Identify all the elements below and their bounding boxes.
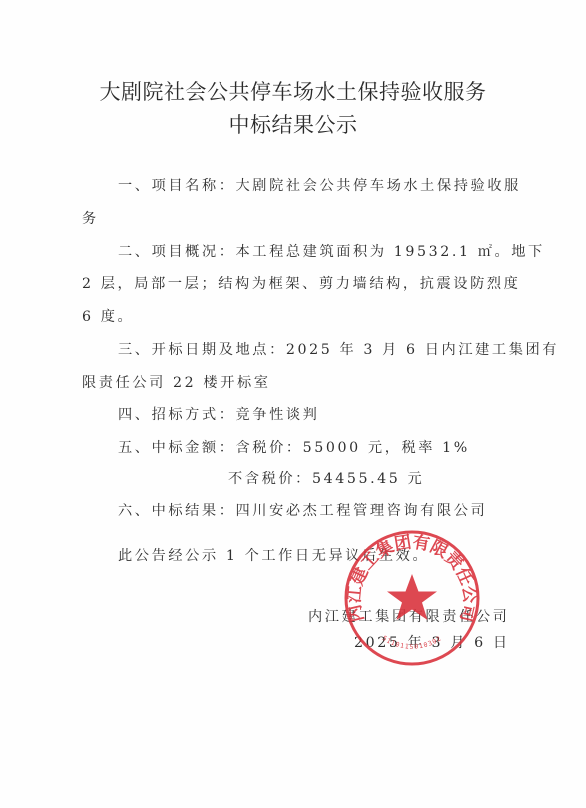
item-project-overview-cont1: 2 层，局部一层；结构为框架、剪力墙结构，抗震设防烈度	[82, 273, 520, 293]
item-bid-opening: 三、开标日期及地点：2025 年 3 月 6 日内江建工集团有	[118, 339, 559, 359]
item-project-name-cont: 务	[82, 208, 99, 228]
item-project-overview: 二、项目概况：本工程总建筑面积为 19532.1 ㎡。地下	[118, 241, 545, 261]
item-bid-amount-pretax: 不含税价：54455.45 元	[228, 468, 424, 488]
notice-text: 此公告经公示 1 个工作日无异议后生效。	[118, 545, 429, 565]
item-project-overview-cont2: 6 度。	[82, 306, 134, 326]
item-project-name: 一、项目名称：大剧院社会公共停车场水土保持验收服	[118, 175, 521, 195]
signature-company: 内江建工集团有限责任公司	[308, 606, 509, 626]
document-title-line1: 大剧院社会公共停车场水土保持验收服务	[0, 76, 586, 106]
item-bid-opening-cont: 限责任公司 22 楼开标室	[82, 372, 271, 392]
signature-date: 2025 年 3 月 6 日	[354, 632, 510, 652]
document-title-line2: 中标结果公示	[0, 109, 586, 139]
item-bid-result: 六、中标结果：四川安必杰工程管理咨询有限公司	[118, 500, 487, 520]
document-page: 大剧院社会公共停车场水土保持验收服务 中标结果公示 一、项目名称：大剧院社会公共…	[0, 0, 586, 808]
item-bidding-method: 四、招标方式：竞争性谈判	[118, 404, 319, 424]
item-bid-amount: 五、中标金额：含税价：55000 元，税率 1%	[118, 437, 470, 457]
